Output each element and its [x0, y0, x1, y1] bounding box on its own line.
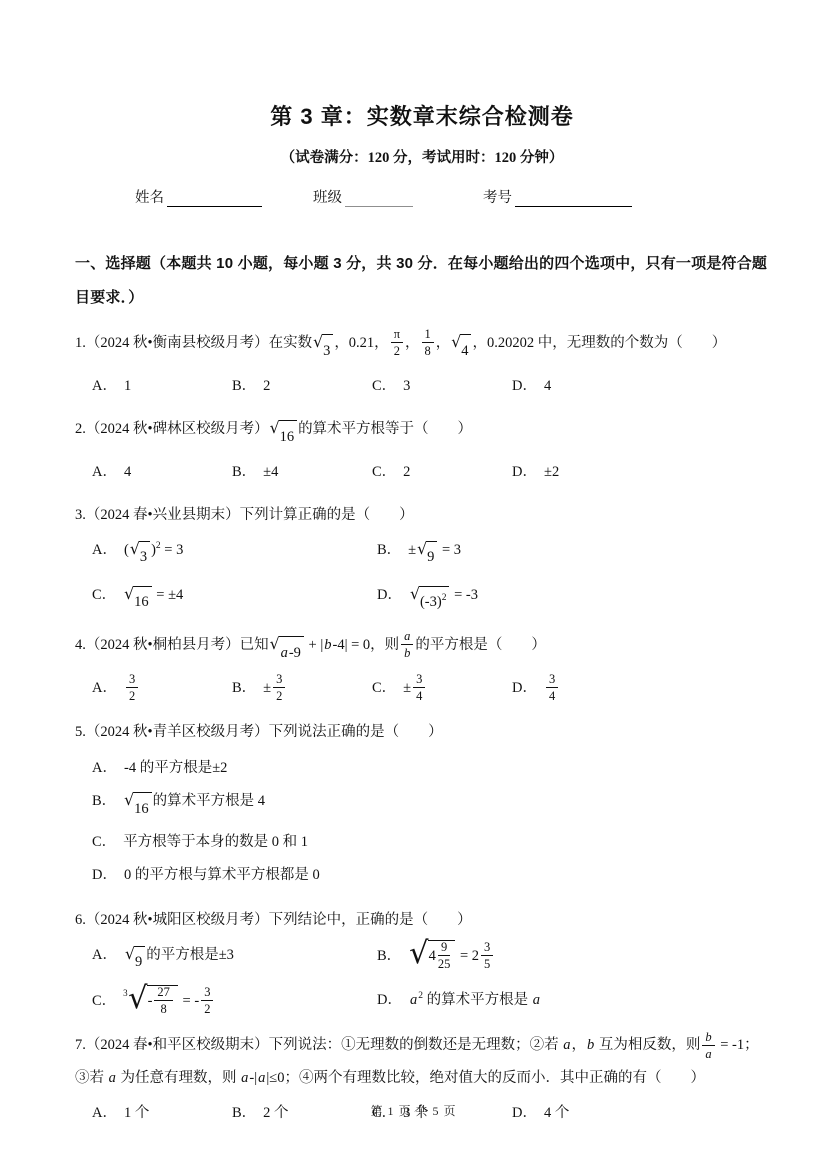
option-body: ±34: [403, 680, 427, 696]
question-1-options: A．1 B．2 C．3 D．4: [75, 371, 769, 401]
name-field: 姓名: [135, 186, 262, 207]
question-4: 4.（2024 秋•桐柏县月考）已知√a-9 + |b-4| = 0，则ab的平…: [75, 629, 769, 704]
exam-subtitle: （试卷满分：120 分，考试用时：120 分钟）: [75, 146, 769, 167]
question-1: 1.（2024 秋•衡南县校级月考）在实数√3，0.21，π2，18，√4，0.…: [75, 327, 769, 401]
option-body: √9的平方根是±3: [124, 947, 234, 963]
question-1-option-c: C．3: [372, 371, 512, 401]
question-3-option-d: D．√(-3)2 = -3: [377, 580, 478, 617]
option-label: B．: [92, 793, 116, 809]
option-label: C．: [92, 993, 116, 1009]
question-4-option-a: A．32: [92, 673, 232, 704]
class-label: 班级: [313, 186, 342, 207]
student-info-row: 姓名 班级 考号: [75, 186, 769, 207]
page-number-footer: 第 1 页 共 5 页: [0, 1102, 827, 1119]
exam-page: 第 3 章：实数章末综合检测卷 （试卷满分：120 分，考试用时：120 分钟）…: [0, 0, 827, 1169]
option-label: C．: [372, 378, 396, 394]
page-number-text: 第 1 页 共 5 页: [370, 1104, 456, 1118]
option-body: 1: [124, 378, 131, 394]
option-body: ±√9 = 3: [408, 542, 461, 558]
question-5-option-a: A．-4 的平方根是±2: [75, 752, 769, 785]
option-body: √(-3)2 = -3: [409, 587, 478, 603]
option-label: B．: [232, 680, 256, 696]
question-6-option-a: A．√9的平方根是±3: [92, 940, 377, 977]
option-body: 4: [544, 378, 551, 394]
question-1-option-b: B．2: [232, 371, 372, 401]
option-label: B．: [377, 948, 401, 964]
question-4-options: A．32 B．±32 C．±34 D．34: [75, 673, 769, 704]
question-5-option-b: B．√16的算术平方根是 4: [75, 785, 769, 826]
page-content: 第 3 章：实数章末综合检测卷 （试卷满分：120 分，考试用时：120 分钟）…: [75, 0, 769, 1128]
class-field: 班级: [313, 186, 413, 207]
question-6: 6.（2024 秋•城阳区校级月考）下列结论中，正确的是（ ） A．√9的平方根…: [75, 904, 769, 1017]
question-5-options: A．-4 的平方根是±2 B．√16的算术平方根是 4 C．平方根等于本身的数是…: [75, 752, 769, 892]
exam-no-field: 考号: [483, 186, 632, 207]
option-body: 34: [544, 680, 560, 696]
option-body: (√3)2 = 3: [124, 542, 183, 558]
question-4-stem: 4.（2024 秋•桐柏县月考）已知√a-9 + |b-4| = 0，则ab的平…: [75, 629, 769, 669]
question-5-option-d: D．0 的平方根与算术平方根都是 0: [75, 859, 769, 892]
question-7-stem: 7.（2024 春•和平区校级期末）下列说法：①无理数的倒数还是无理数；②若 a…: [75, 1029, 769, 1093]
option-body: 平方根等于本身的数是 0 和 1: [123, 834, 308, 850]
option-label: D．: [92, 867, 117, 883]
option-label: D．: [512, 680, 537, 696]
option-body: 4: [124, 464, 131, 480]
option-body: ±4: [263, 464, 278, 480]
question-4-option-d: D．34: [512, 673, 560, 704]
option-label: C．: [372, 680, 396, 696]
exam-no-label: 考号: [483, 186, 512, 207]
option-label: B．: [232, 378, 256, 394]
page-title: 第 3 章：实数章末综合检测卷: [75, 100, 769, 131]
option-body: √16 = ±4: [123, 587, 183, 603]
question-2-option-a: A．4: [92, 457, 232, 487]
option-body: 0 的平方根与算术平方根都是 0: [124, 867, 320, 883]
question-2-option-d: D．±2: [512, 457, 559, 487]
question-3-option-a: A．(√3)2 = 3: [92, 535, 377, 572]
option-body: a2 的算术平方根是 a: [409, 992, 541, 1008]
question-2-option-b: B．±4: [232, 457, 372, 487]
question-3-option-b: B．±√9 = 3: [377, 535, 478, 572]
option-body: 2: [263, 378, 270, 394]
question-2: 2.（2024 秋•碑林区校级月考）√16的算术平方根等于（ ） A．4 B．±…: [75, 413, 769, 487]
option-label: C．: [92, 834, 116, 850]
question-5-option-c: C．平方根等于本身的数是 0 和 1: [75, 826, 769, 859]
question-3-stem: 3.（2024 春•兴业县期末）下列计算正确的是（ ）: [75, 499, 769, 531]
option-label: D．: [377, 587, 402, 603]
option-label: A．: [92, 680, 117, 696]
option-body: 3√-278 = -32: [123, 993, 215, 1009]
option-label: C．: [92, 587, 116, 603]
question-1-option-d: D．4: [512, 371, 551, 401]
option-label: A．: [92, 947, 117, 963]
option-body: 32: [124, 680, 140, 696]
question-6-options: A．√9的平方根是±3 B．√4925 = 235 C．3√-278 = -32…: [75, 940, 769, 1017]
option-label: B．: [377, 542, 401, 558]
question-6-option-c: C．3√-278 = -32: [92, 985, 377, 1017]
question-3-option-c: C．√16 = ±4: [92, 580, 377, 617]
option-label: A．: [92, 542, 117, 558]
question-3-options: A．(√3)2 = 3 B．±√9 = 3 C．√16 = ±4 D．√(-3)…: [75, 535, 769, 617]
section-heading-choice: 一、选择题（本题共 10 小题，每小题 3 分，共 30 分．在每小题给出的四个…: [75, 247, 769, 315]
question-6-option-d: D．a2 的算术平方根是 a: [377, 985, 541, 1017]
option-label: A．: [92, 464, 117, 480]
question-1-option-a: A．1: [92, 371, 232, 401]
option-body: 2: [403, 464, 410, 480]
option-body: -4 的平方根是±2: [124, 760, 227, 776]
class-blank-line: [345, 189, 413, 207]
question-5: 5.（2024 秋•青羊区校级月考）下列说法正确的是（ ） A．-4 的平方根是…: [75, 716, 769, 892]
option-label: D．: [512, 378, 537, 394]
question-2-stem: 2.（2024 秋•碑林区校级月考）√16的算术平方根等于（ ）: [75, 413, 769, 453]
question-5-stem: 5.（2024 秋•青羊区校级月考）下列说法正确的是（ ）: [75, 716, 769, 748]
option-body: ±32: [263, 680, 287, 696]
question-6-option-b: B．√4925 = 235: [377, 940, 541, 977]
question-1-stem: 1.（2024 秋•衡南县校级月考）在实数√3，0.21，π2，18，√4，0.…: [75, 327, 769, 367]
question-4-option-c: C．±34: [372, 673, 512, 704]
name-label: 姓名: [135, 186, 164, 207]
option-label: B．: [232, 464, 256, 480]
option-label: D．: [512, 464, 537, 480]
question-2-options: A．4 B．±4 C．2 D．±2: [75, 457, 769, 487]
question-2-option-c: C．2: [372, 457, 512, 487]
option-label: A．: [92, 760, 117, 776]
name-blank-line: [167, 189, 262, 207]
question-3: 3.（2024 春•兴业县期末）下列计算正确的是（ ） A．(√3)2 = 3 …: [75, 499, 769, 617]
option-body: √4925 = 235: [408, 948, 495, 964]
option-body: √16的算术平方根是 4: [123, 793, 265, 809]
option-body: 3: [403, 378, 410, 394]
exam-no-blank-line: [515, 189, 632, 207]
option-body: ±2: [544, 464, 559, 480]
option-label: A．: [92, 378, 117, 394]
option-label: C．: [372, 464, 396, 480]
question-4-option-b: B．±32: [232, 673, 372, 704]
option-label: D．: [377, 992, 402, 1008]
question-6-stem: 6.（2024 秋•城阳区校级月考）下列结论中，正确的是（ ）: [75, 904, 769, 936]
